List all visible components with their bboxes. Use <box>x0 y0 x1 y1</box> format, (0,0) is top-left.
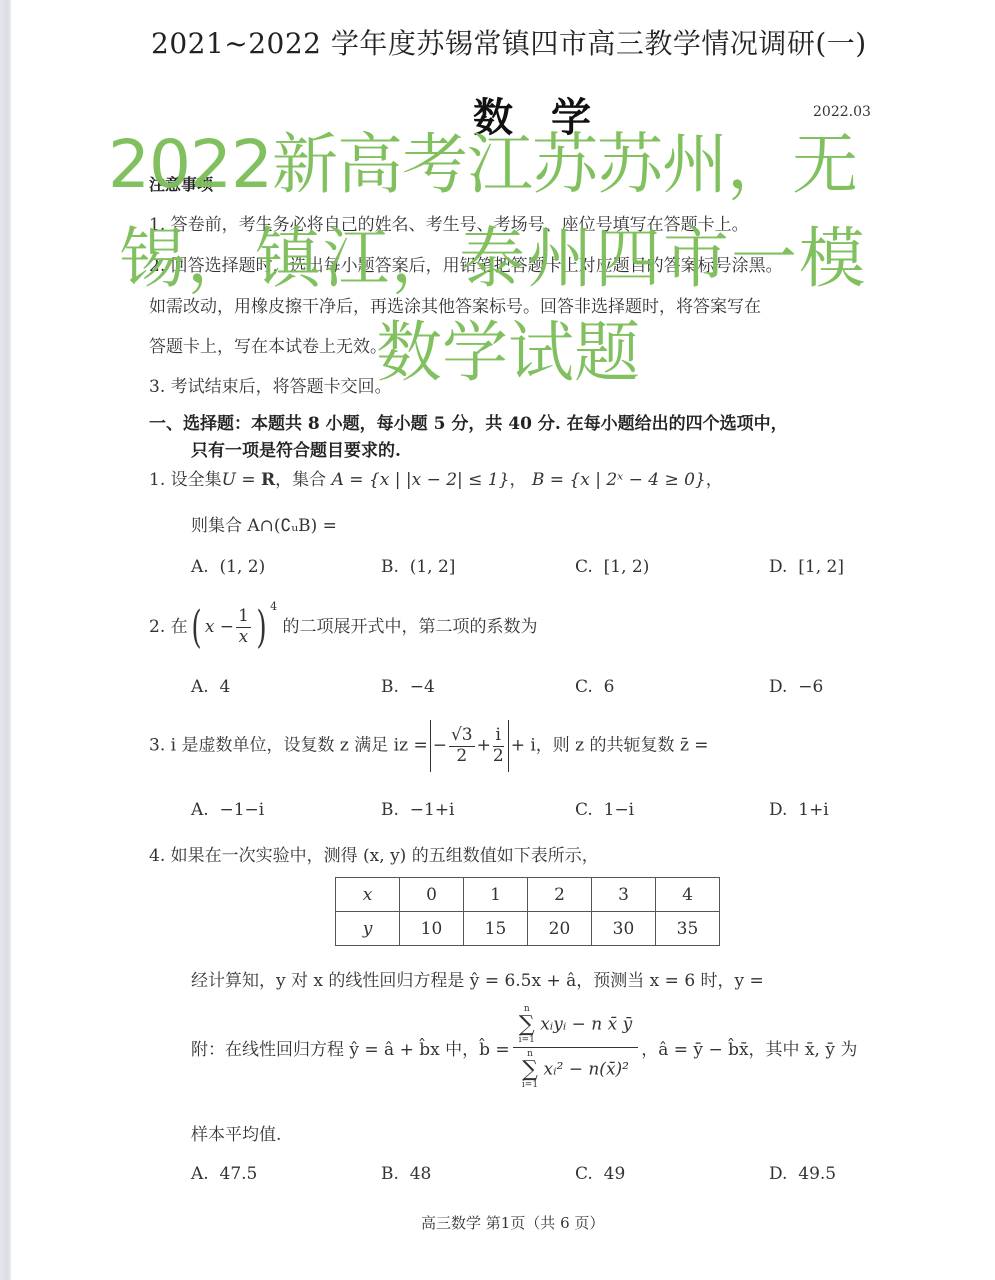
q2-option-a[interactable]: A. 4 <box>191 677 230 697</box>
section-heading-cont: 只有一项是符合题目要求的. <box>191 436 401 461</box>
watermark-line-3: 数学试题 <box>376 320 640 386</box>
q2-option-c[interactable]: C. 6 <box>575 677 614 697</box>
fraction-sqrt3-over-2: √32 <box>449 726 475 766</box>
question-1: 1. 设全集U = R，集合 A = {x | |x − 2| ≤ 1}， B … <box>149 465 723 490</box>
notice-2-cont2: 答题卡上，写在本试卷上无效。 <box>149 332 387 357</box>
question-number: 3. <box>149 736 165 756</box>
regression-formula: n∑i=1 xᵢyᵢ − n x̄ ȳn∑i=1 xᵢ² − n(x̄)² <box>513 1003 639 1092</box>
set-b: B = {x | 2ˣ − 4 ≥ 0} <box>532 470 706 490</box>
q1-option-a[interactable]: A. (1, 2) <box>191 557 265 577</box>
q1-option-d[interactable]: D. [1, 2] <box>769 557 844 577</box>
question-number: 4. <box>149 846 165 866</box>
table-row-y: y 10 15 20 30 35 <box>336 912 720 946</box>
question-4-appendix-line2: 样本平均值. <box>191 1120 281 1145</box>
fraction: 1x <box>236 607 251 647</box>
q3-option-b[interactable]: B. −1+i <box>381 800 454 820</box>
q2-option-d[interactable]: D. −6 <box>769 677 823 697</box>
table-row-x: x 0 1 2 3 4 <box>336 878 720 912</box>
xy-data-table: x 0 1 2 3 4 y 10 15 20 30 35 <box>335 877 720 946</box>
question-1-line2: 则集合 A∩(∁ᵤB) = <box>191 511 337 536</box>
fraction-i-over-2: i2 <box>493 726 504 766</box>
q4-option-b[interactable]: B. 48 <box>381 1164 431 1184</box>
question-4-stats: 经计算知，y 对 x 的线性回归方程是 ŷ = 6.5x + â，预测当 x =… <box>191 966 764 991</box>
section-heading: 一、选择题：本题共 8 小题，每小题 5 分，共 40 分. 在每小题给出的四个… <box>149 409 788 434</box>
set-a: A = {x | |x − 2| ≤ 1} <box>332 470 510 490</box>
exam-title: 2021~2022 学年度苏锡常镇四市高三教学情况调研(一) <box>151 22 867 62</box>
watermark-line-2: 锡，镇江，泰州四市一模 <box>119 226 867 292</box>
q3-option-d[interactable]: D. 1+i <box>769 800 829 820</box>
q4-option-c[interactable]: C. 49 <box>575 1164 625 1184</box>
watermark-line-1: 2022新高考江苏苏州，无 <box>108 132 857 198</box>
question-2: 2. 在(x −1x)4 的二项展开式中，第二项的系数为 <box>149 600 537 650</box>
q2-option-b[interactable]: B. −4 <box>381 677 435 697</box>
question-4: 4. 如果在一次实验中，测得 (x, y) 的五组数值如下表所示， <box>149 841 599 866</box>
q3-option-a[interactable]: A. −1−i <box>191 800 264 820</box>
notice-3: 3. 考试结束后，将答题卡交回。 <box>149 372 392 397</box>
question-number: 1. <box>149 470 165 490</box>
exam-date: 2022.03 <box>813 104 871 120</box>
question-3: 3. i 是虚数单位，设复数 z 满足 iz =−√32+i2+ i，则 z 的… <box>149 720 709 772</box>
q3-option-c[interactable]: C. 1−i <box>575 800 634 820</box>
question-number: 2. <box>149 617 165 637</box>
q4-option-a[interactable]: A. 47.5 <box>191 1164 257 1184</box>
q1-option-b[interactable]: B. (1, 2] <box>381 557 455 577</box>
page-left-edge <box>0 0 11 1280</box>
q4-option-d[interactable]: D. 49.5 <box>769 1164 836 1184</box>
page-footer: 高三数学 第1页（共 6 页） <box>421 1212 604 1233</box>
exam-page: 2021~2022 学年度苏锡常镇四市高三教学情况调研(一) 数学 2022.0… <box>11 0 995 1280</box>
question-4-appendix: 附：在线性回归方程 ŷ = â + b̂x 中，b̂ =n∑i=1 xᵢyᵢ −… <box>191 1003 857 1092</box>
q1-option-c[interactable]: C. [1, 2) <box>575 557 649 577</box>
